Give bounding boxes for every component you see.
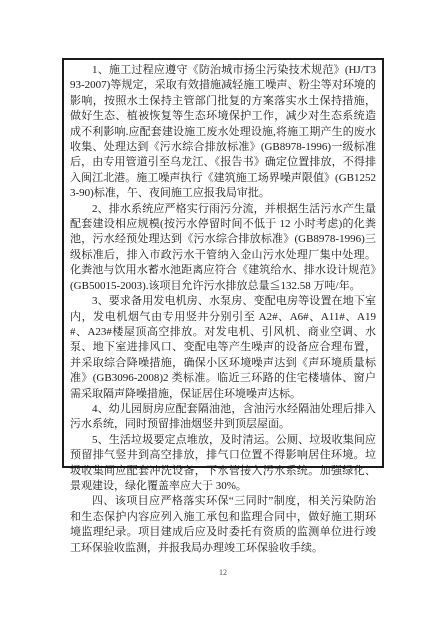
- condition-paragraph-5: 5、生活垃圾要定点堆放，及时清运。公厕、垃圾收集间应预留排气竖井到高空排放，排气…: [70, 433, 376, 495]
- approval-conditions-box: 1、施工过程应遵守《防治城市扬尘污染技术规范》(HJ/T393-2007)等规定…: [62, 58, 384, 468]
- condition-paragraph-3: 3、要求备用发电机房、水泵房、变配电房等设置在地下室内，发电机烟气由专用竖井分别…: [70, 294, 376, 402]
- page-number: 12: [0, 568, 446, 578]
- condition-paragraph-4: 4、幼儿园厨房应配套隔油池，含油污水经隔油处理后排入污水系统，同时预留排油烟竖井…: [70, 402, 376, 433]
- condition-paragraph-2: 2、排水系统应严格实行雨污分流，并根据生活污水产生量配套建设相应规模(按污水停留…: [70, 202, 376, 294]
- condition-paragraph-1: 1、施工过程应遵守《防治城市扬尘污染技术规范》(HJ/T393-2007)等规定…: [70, 63, 376, 202]
- condition-paragraph-6: 四、该项目应严格落实环保“三同时”制度，相关污染防治和生态保护内容应列入施工承包…: [70, 494, 376, 556]
